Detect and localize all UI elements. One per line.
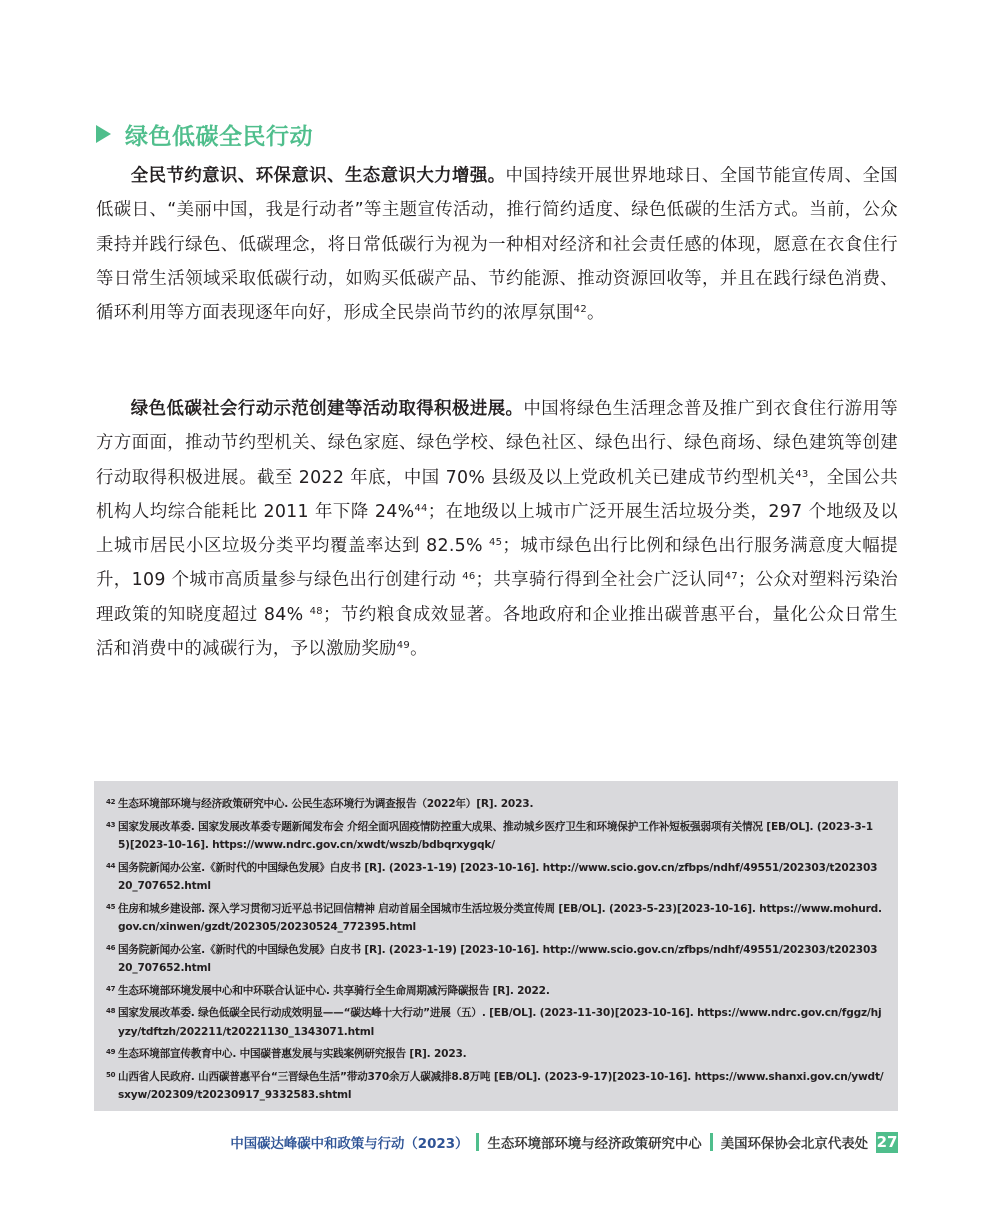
footnote-ref[interactable]: 49 (397, 640, 410, 651)
paragraph-demonstration-progress: 绿色低碳社会行动示范创建等活动取得积极进展。中国将绿色生活理念普及推广到衣食住行… (96, 392, 898, 666)
footnote-47: 47生态环境部环境发展中心和中环联合认证中心. 共享骑行全生命周期减污降碳报告 … (106, 982, 884, 1001)
footnote-ref[interactable]: 43 (795, 469, 808, 480)
footnote-48: 48国家发展改革委. 绿色低碳全民行动成效明显——“碳达峰十大行动”进展（五）.… (106, 1004, 884, 1041)
paragraph-body: 中国将绿色生活理念普及推广到衣食住行游用等方方面面，推动节约型机关、绿色家庭、绿… (96, 399, 898, 659)
footnote-ref[interactable]: 48 (310, 606, 323, 617)
footer-org-2: 美国环保协会北京代表处 (721, 1133, 868, 1152)
footnotes-panel: 42生态环境部环境与经济政策研究中心. 公民生态环境行为调查报告（2022年）[… (94, 781, 898, 1111)
section-title: 绿色低碳全民行动 (125, 118, 313, 151)
footnote-ref[interactable]: 42 (574, 304, 587, 315)
footer-divider (710, 1133, 713, 1151)
paragraph-body: 中国持续开展世界地球日、全国节能宣传周、全国低碳日、“美丽中国，我是行动者”等主… (96, 166, 898, 323)
page-number: 27 (876, 1132, 898, 1153)
triangle-right-icon (96, 125, 111, 143)
footnote-ref[interactable]: 47 (725, 571, 738, 582)
section-heading: 绿色低碳全民行动 (96, 118, 313, 150)
paragraph-public-awareness: 全民节约意识、环保意识、生态意识大力增强。中国持续开展世界地球日、全国节能宣传周… (96, 159, 898, 330)
page-footer: 中国碳达峰碳中和政策与行动（2023） 生态环境部环境与经济政策研究中心 美国环… (230, 1131, 898, 1153)
footnote-44: 44国务院新闻办公室.《新时代的中国绿色发展》白皮书 [R]. (2023-1-… (106, 859, 884, 896)
footnote-ref[interactable]: 44 (414, 503, 427, 514)
footer-org-1: 生态环境部环境与经济政策研究中心 (487, 1133, 701, 1152)
paragraph-lead: 全民节约意识、环保意识、生态意识大力增强。 (131, 166, 506, 186)
footnote-42: 42生态环境部环境与经济政策研究中心. 公民生态环境行为调查报告（2022年）[… (106, 795, 884, 814)
footer-report-title: 中国碳达峰碳中和政策与行动（2023） (230, 1133, 468, 1152)
paragraph-lead: 绿色低碳社会行动示范创建等活动取得积极进展。 (131, 399, 524, 419)
footnote-46: 46国务院新闻办公室.《新时代的中国绿色发展》白皮书 [R]. (2023-1-… (106, 941, 884, 978)
footnote-45: 45住房和城乡建设部. 深入学习贯彻习近平总书记回信精神 启动首届全国城市生活垃… (106, 900, 884, 937)
footnote-ref[interactable]: 46 (462, 571, 475, 582)
footnote-43: 43国家发展改革委. 国家发展改革委专题新闻发布会 介绍全面巩固疫情防控重大成果… (106, 818, 884, 855)
footer-divider (476, 1133, 479, 1151)
footnote-49: 49生态环境部宣传教育中心. 中国碳普惠发展与实践案例研究报告 [R]. 202… (106, 1045, 884, 1064)
footnote-50: 50山西省人民政府. 山西碳普惠平台“三晋绿色生活”带动370余万人碳减排8.8… (106, 1068, 884, 1105)
footnote-ref[interactable]: 45 (489, 537, 502, 548)
